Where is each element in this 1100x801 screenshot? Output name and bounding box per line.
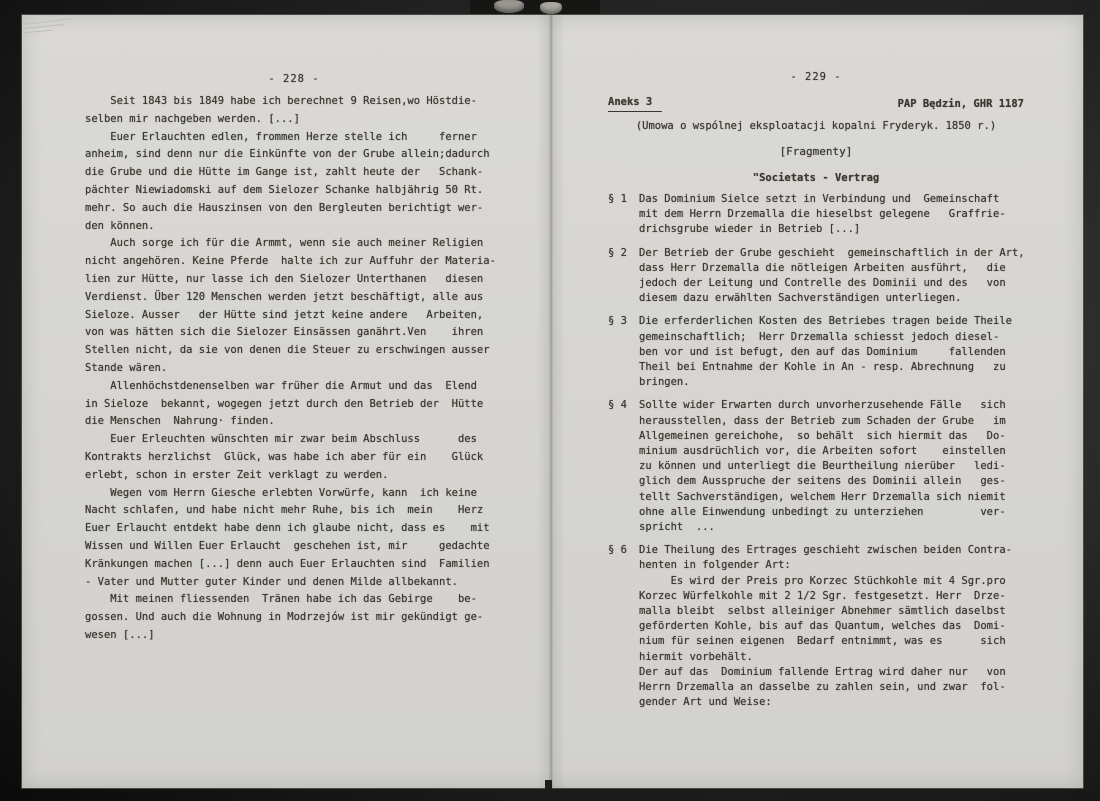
section-marker: § 6: [608, 543, 639, 710]
paragraph: Auch sorge ich für die Armmt, wenn sie a…: [85, 235, 503, 377]
page-edge-line: [24, 24, 64, 29]
page-left: - 228 - Seit 1843 bis 1849 habe ich bere…: [85, 71, 503, 645]
paragraph: Allenhöchstdenenselben war früher die Ar…: [85, 378, 503, 431]
contract-section: § 4 Sollte wider Erwarten durch unvorher…: [608, 398, 1024, 535]
page-edge-line: [23, 30, 53, 34]
section-marker: § 3: [608, 314, 639, 390]
section-body: Sollte wider Erwarten durch unvorherzuse…: [639, 398, 1024, 535]
section-body: Die erferderlichen Kosten des Betriebes …: [639, 314, 1024, 390]
binding-gutter: [537, 15, 565, 788]
document-subtitle: (Umowa o wspólnej eksploatacji kopalni F…: [608, 119, 1024, 134]
scan-background: - 228 - Seit 1843 bis 1849 habe ich bere…: [0, 0, 1100, 801]
contract-title: "Societats - Vertrag: [608, 171, 1024, 186]
paragraph: Euer Erlauchten edlen, frommen Herze ste…: [85, 129, 503, 236]
binding-bottom-notch: [545, 780, 552, 792]
annex-label: Aneks 3: [608, 95, 662, 112]
section-body: Der Betrieb der Grube geschieht gemeinsc…: [639, 246, 1025, 307]
binding-clamp-left: [494, 0, 524, 13]
page-edge-line: [26, 18, 72, 25]
contract-section: § 6 Die Theilung des Ertrages geschieht …: [608, 543, 1024, 710]
paragraph: Seit 1843 bis 1849 habe ich berechnet 9 …: [85, 93, 503, 129]
section-marker: § 1: [608, 192, 639, 238]
book-spread: - 228 - Seit 1843 bis 1849 habe ich bere…: [22, 15, 1083, 788]
contract-section: § 1 Das Dominium Sielce setzt in Verbind…: [608, 192, 1024, 238]
binding-clamp-right: [540, 2, 562, 14]
paragraph: Wegen vom Herrn Giesche erlebten Vorwürf…: [85, 485, 503, 592]
contract-sections: § 1 Das Dominium Sielce setzt in Verbind…: [608, 192, 1024, 711]
document-header-row: Aneks 3 PAP Będzin, GHR 1187: [608, 95, 1024, 112]
contract-section: § 2 Der Betrieb der Grube geschieht geme…: [608, 246, 1024, 307]
paragraph: Euer Erleuchten wünschten mir zwar beim …: [85, 431, 503, 484]
archive-reference: PAP Będzin, GHR 1187: [898, 97, 1024, 112]
section-marker: § 2: [608, 246, 639, 307]
paragraph: Mit meinen fliessenden Tränen habe ich d…: [85, 591, 503, 644]
page-number-right: - 229 -: [608, 69, 1024, 85]
section-marker: § 4: [608, 398, 639, 535]
section-body: Das Dominium Sielce setzt in Verbindung …: [639, 192, 1024, 238]
fragment-label: [Fragmenty]: [608, 144, 1024, 160]
page-number-left: - 228 -: [85, 71, 503, 87]
contract-section: § 3 Die erferderlichen Kosten des Betrie…: [608, 314, 1024, 390]
binding-gutter-crease: [550, 15, 551, 788]
page-right: - 229 - Aneks 3 PAP Będzin, GHR 1187 (Um…: [608, 69, 1024, 719]
section-body: Die Theilung des Ertrages geschieht zwis…: [639, 543, 1024, 710]
